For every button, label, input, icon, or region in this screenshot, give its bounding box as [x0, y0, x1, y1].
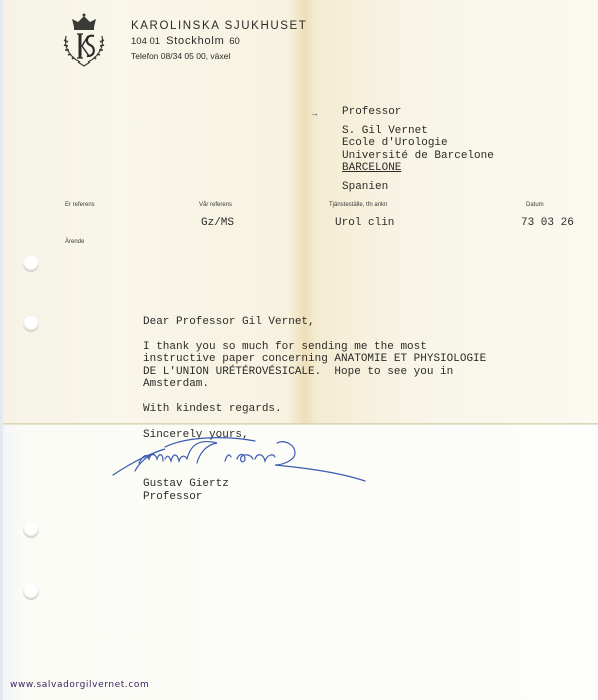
city: Stockholm — [166, 35, 225, 47]
signer-name: Gustav Giertz — [143, 478, 229, 491]
page-edge — [0, 0, 3, 700]
punch-hole — [23, 256, 39, 272]
recipient-line: Professor — [342, 106, 494, 119]
postal-code: 104 01 — [131, 36, 160, 47]
salutation: Dear Professor Gil Vernet, — [143, 316, 486, 329]
punch-hole — [23, 522, 39, 538]
crown-monogram-logo-icon — [58, 10, 110, 68]
recipient-address: Professor S. Gil Vernet Ecole d'Urologie… — [342, 106, 494, 193]
var-referens-label: Vår referens — [199, 202, 232, 208]
recipient-line: Ecole d'Urologie — [342, 137, 494, 150]
city-zone: 60 — [229, 36, 240, 47]
recipient-line: Université de Barcelone — [342, 150, 494, 163]
datum-value: 73 03 26 — [521, 217, 574, 229]
letter-body: Dear Professor Gil Vernet, I thank you s… — [143, 316, 486, 415]
organization-name: KAROLINSKA SJUKHUSET — [131, 20, 307, 32]
organization-address: 104 01Stockholm 60 — [131, 35, 240, 47]
website-watermark: www.salvadorgilvernet.com — [10, 680, 149, 690]
recipient-line: S. Gil Vernet — [342, 125, 494, 138]
signer-title: Professor — [143, 491, 229, 504]
tjanstestalle-label: Tjänsteställe, tfn ankn — [329, 202, 387, 208]
datum-label: Datum — [526, 202, 544, 208]
arrow-right-icon: → — [310, 108, 319, 118]
paragraph-line: DE L'UNION URÉTÉROVÉSICALE. Hope to see … — [143, 366, 486, 379]
punch-hole — [23, 316, 39, 332]
recipient-line: BARCELONE — [342, 162, 494, 175]
punch-hole — [23, 584, 39, 600]
paragraph-line: Amsterdam. — [143, 378, 486, 391]
fold-line — [0, 423, 598, 425]
tjanstestalle-value: Urol clin — [335, 217, 394, 229]
regards: With kindest regards. — [143, 403, 486, 416]
var-referens-value: Gz/MS — [201, 217, 234, 229]
er-referens-label: Er referens — [65, 202, 95, 208]
paragraph-line: instructive paper concerning ANATOMIE ET… — [143, 353, 486, 366]
signer-block: Gustav Giertz Professor — [143, 478, 229, 503]
paragraph-line: I thank you so much for sending me the m… — [143, 341, 486, 354]
arende-label: Ärende — [65, 239, 84, 245]
organization-phone: Telefon 08/34 05 00, växel — [131, 51, 230, 61]
recipient-line: Spanien — [342, 181, 494, 194]
